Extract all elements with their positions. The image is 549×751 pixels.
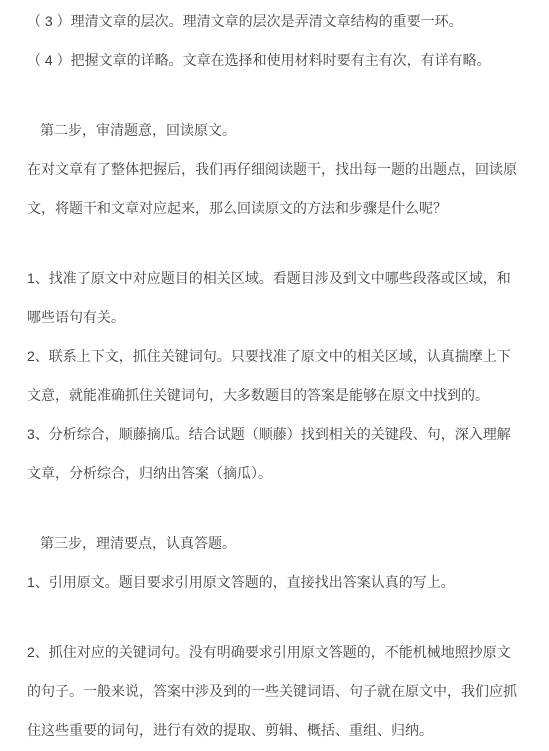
prior-point-3: （ 3 ）理清文章的层次。理清文章的层次是弄清文章结构的重要一环。	[27, 2, 523, 41]
step2-intro: 在对文章有了整体把握后，我们再仔细阅读题干，找出每一题的出题点，回读原文，将题干…	[27, 150, 523, 228]
document-page: （ 3 ）理清文章的层次。理清文章的层次是弄清文章结构的重要一环。 （ 4 ）把…	[0, 0, 549, 751]
step3-point-1: 1、引用原文。题目要求引用原文答题的，直接找出答案认真的写上。	[27, 563, 523, 602]
step2-method-3: 3、分析综合，顺藤摘瓜。结合试题（顺藤）找到相关的关键段、句，深入理解文章，分析…	[27, 415, 523, 493]
step2-method-1: 1、找准了原文中对应题目的相关区域。看题目涉及到文中哪些段落或区域，和哪些语句有…	[27, 259, 523, 337]
step3-heading: 第三步，理清要点，认真答题。	[27, 524, 523, 563]
step2-heading: 第二步，审清题意，回读原文。	[27, 111, 523, 150]
step2-method-2: 2、联系上下文，抓住关键词句。只要找准了原文中的相关区域，认真揣摩上下文意，就能…	[27, 337, 523, 415]
prior-point-4: （ 4 ）把握文章的详略。文章在选择和使用材料时要有主有次，有详有略。	[27, 41, 523, 80]
step3-point-2: 2、抓住对应的关键词句。没有明确要求引用原文答题的，不能机械地照抄原文的句子。一…	[27, 633, 523, 750]
